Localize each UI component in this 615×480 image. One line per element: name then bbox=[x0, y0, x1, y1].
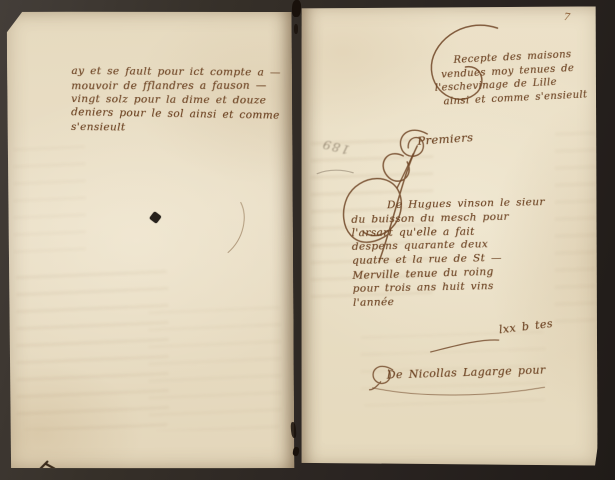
right-page-heading: Recepte des maisons vendues moy tenues d… bbox=[433, 47, 588, 108]
left-page: ay et se fault pour ict compte a — mouvo… bbox=[7, 10, 295, 470]
binding-stitch-upper bbox=[294, 24, 298, 34]
right-page: 7 189 Recepte des maisons vendues moy te… bbox=[300, 6, 598, 467]
binding-stitch-bottom bbox=[292, 447, 299, 457]
faint-pen-curve bbox=[222, 198, 252, 258]
footer-underline-flourish bbox=[371, 382, 549, 400]
folio-number: 7 bbox=[563, 12, 571, 24]
bleedthrough-text-left-lower bbox=[16, 267, 169, 430]
manuscript-line: l'arsart qu'elle a fait bbox=[351, 224, 545, 240]
binding-stitch-top bbox=[292, 0, 302, 17]
bleedthrough-text-right-edge bbox=[555, 124, 596, 329]
manuscript-line: ay et se fault pour ict compte a — bbox=[71, 64, 280, 80]
manuscript-line: s'ensieult bbox=[71, 120, 280, 136]
bleedthrough-text-left-lower-right bbox=[148, 302, 281, 431]
manuscript-line: mouvoir de fflandres a fauson — bbox=[71, 79, 280, 94]
right-page-body: De Hugues vinson le sieur du buisson du … bbox=[351, 196, 547, 310]
bleedthrough-text-left-mid bbox=[13, 139, 86, 261]
ink-flick-mark bbox=[35, 458, 57, 474]
binding-stitch-lower bbox=[290, 422, 297, 438]
left-page-paragraph: ay et se fault pour ict compte a — mouvo… bbox=[71, 64, 281, 136]
manuscript-scan: ay et se fault pour ict compte a — mouvo… bbox=[0, 0, 615, 480]
ink-blot bbox=[149, 211, 162, 224]
amount-leader-dash bbox=[429, 336, 501, 356]
